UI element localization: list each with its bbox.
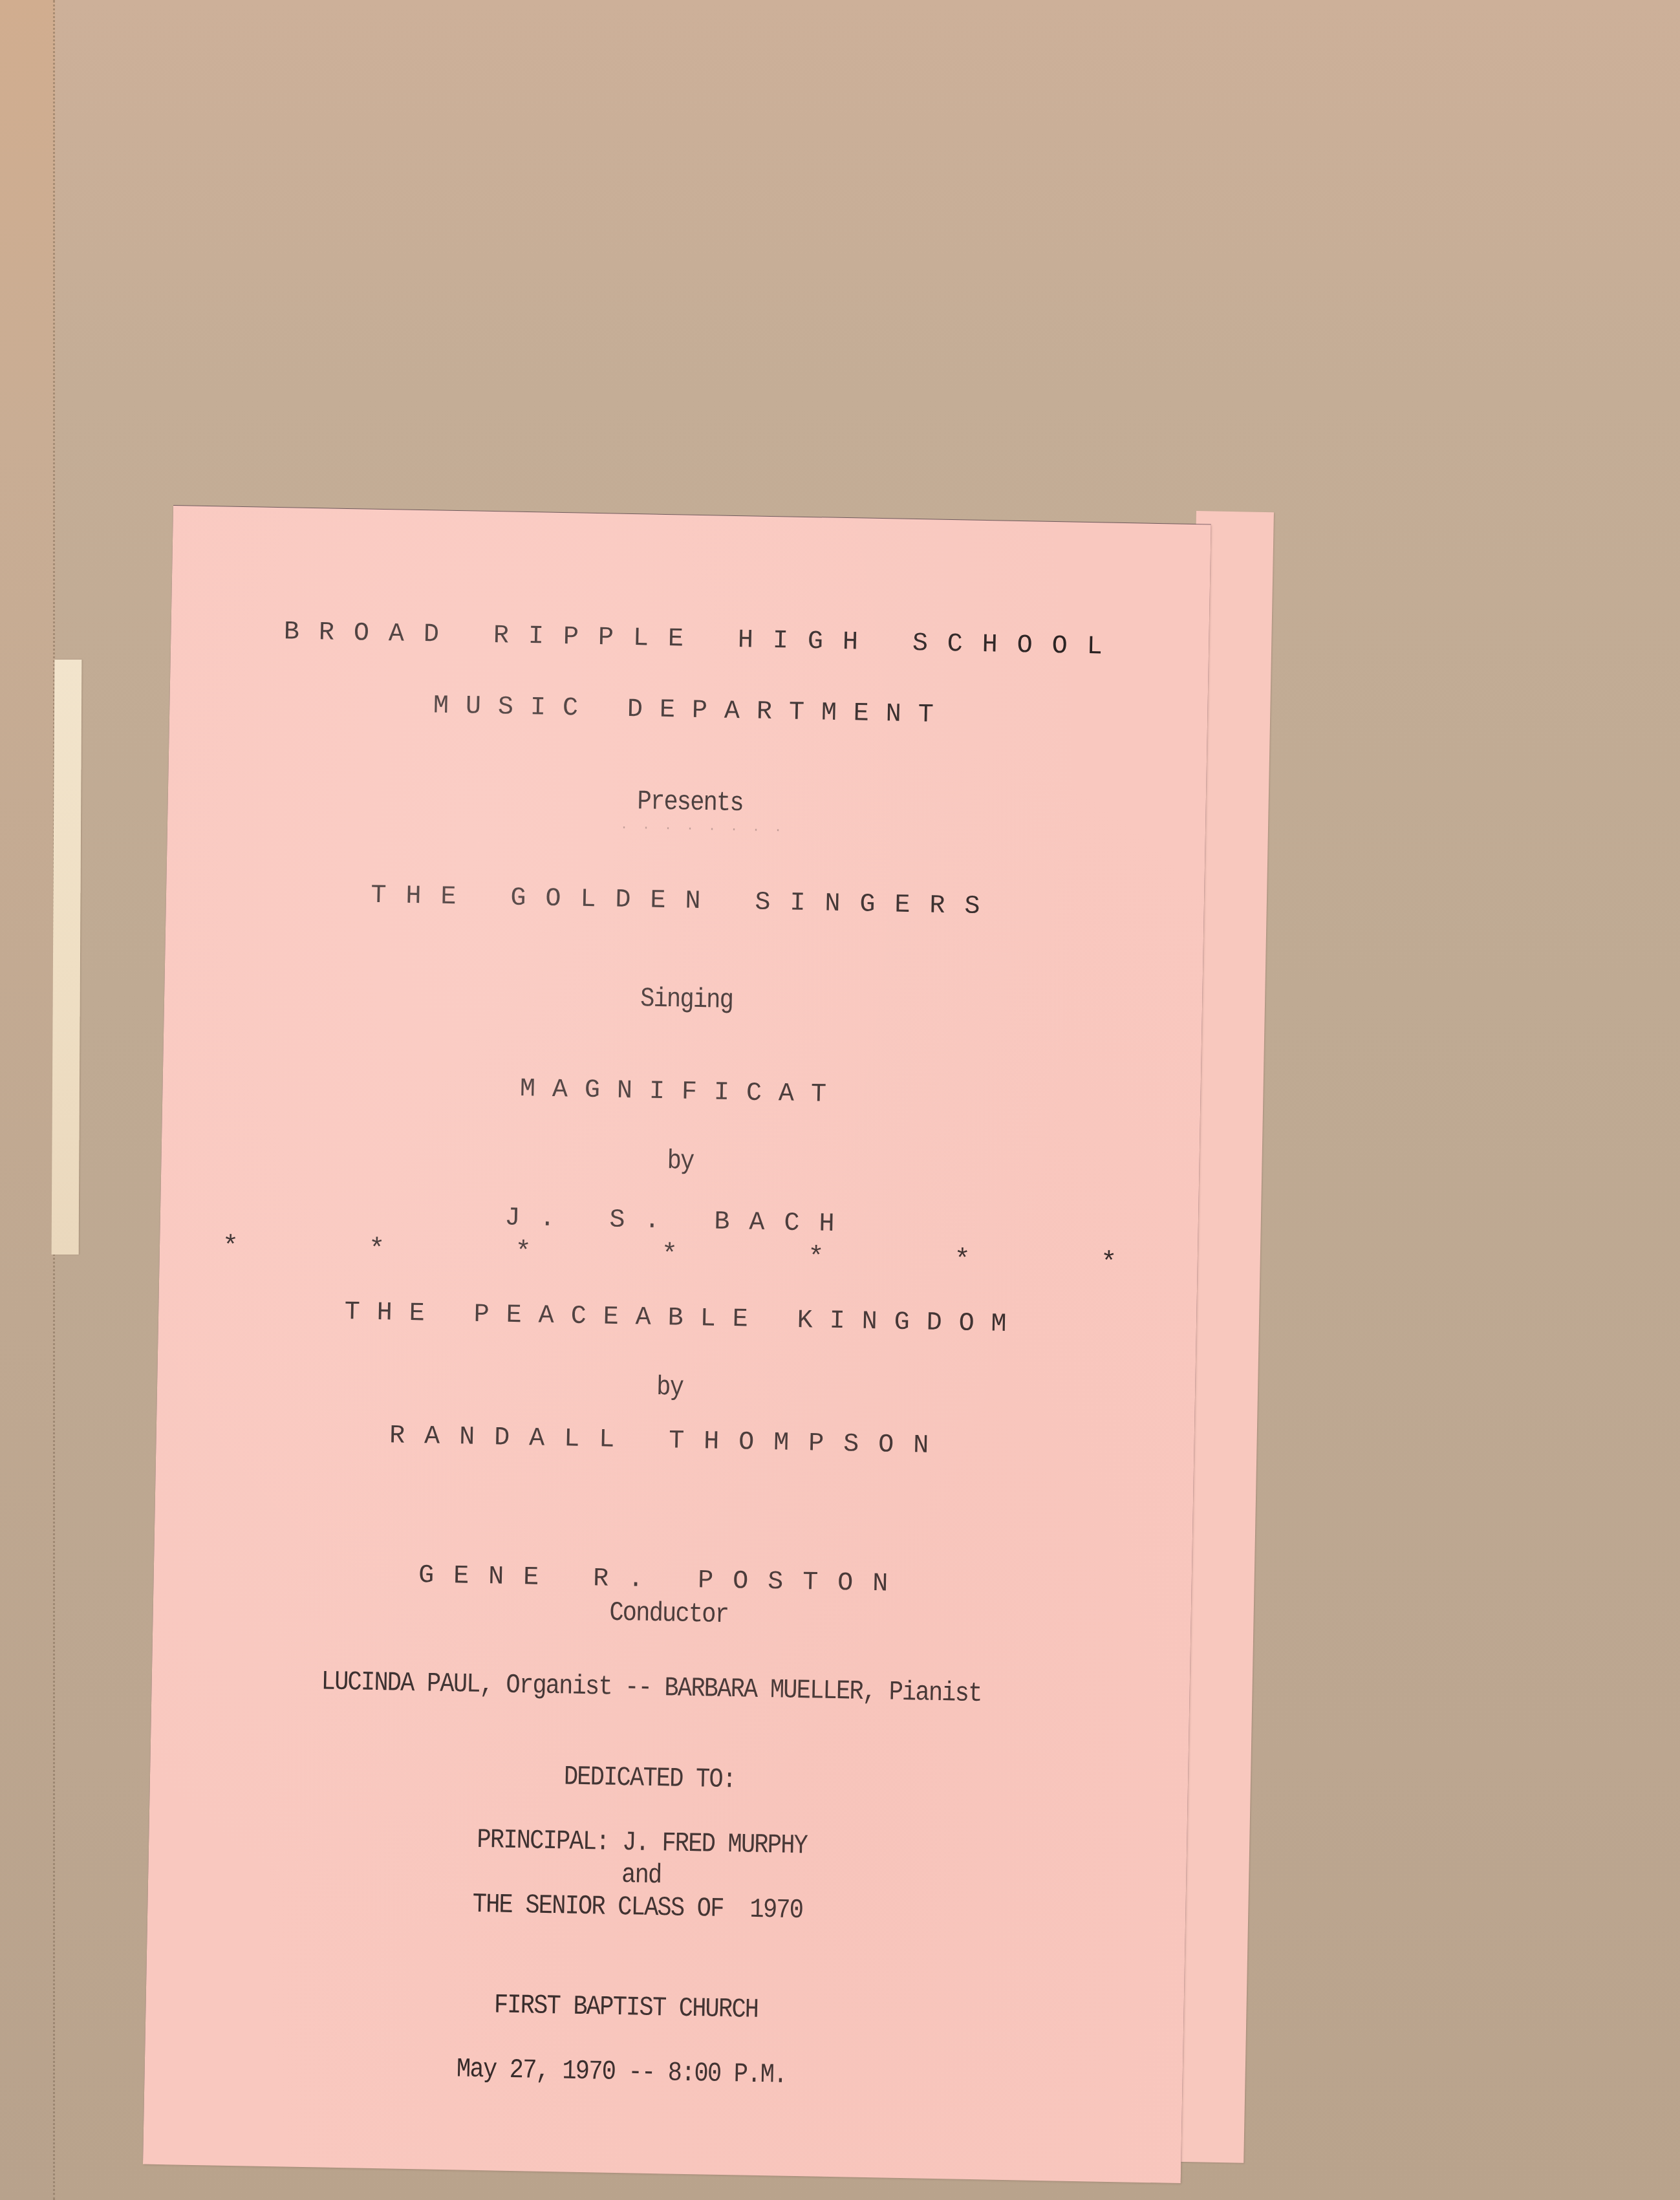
work-1-title: MAGNIFICAT — [162, 1068, 1201, 1116]
venue: FIRST BAPTIST CHURCH — [135, 1983, 1117, 2032]
work-2-title: THE PEACEABLE KINGDOM — [171, 1295, 1197, 1343]
paper-tab-strip — [52, 660, 82, 1255]
perforated-binder-edge — [0, 0, 55, 2200]
department-name: MUSIC DEPARTMENT — [176, 687, 1208, 735]
bleed-dots: ........ — [620, 818, 796, 836]
program-sheet: BROAD RIPPLE HIGH SCHOOL MUSIC DEPARTMEN… — [143, 506, 1211, 2183]
work-2-by: by — [207, 1363, 1132, 1411]
dedication-heading: DEDICATED TO: — [176, 1754, 1124, 1802]
school-name: BROAD RIPPLE HIGH SCHOOL — [197, 616, 1209, 664]
work-1-by: by — [224, 1138, 1137, 1185]
singing-label: Singing — [233, 976, 1141, 1024]
accompanists: LUCINDA PAUL, Organist -- BARBARA MUELLE… — [177, 1663, 1125, 1712]
date-time: May 27, 1970 -- 8:00 P.M. — [128, 2047, 1115, 2097]
ensemble-name: THE GOLDEN SINGERS — [166, 878, 1205, 925]
work-2-composer: RANDALL THOMPSON — [143, 1417, 1194, 1465]
